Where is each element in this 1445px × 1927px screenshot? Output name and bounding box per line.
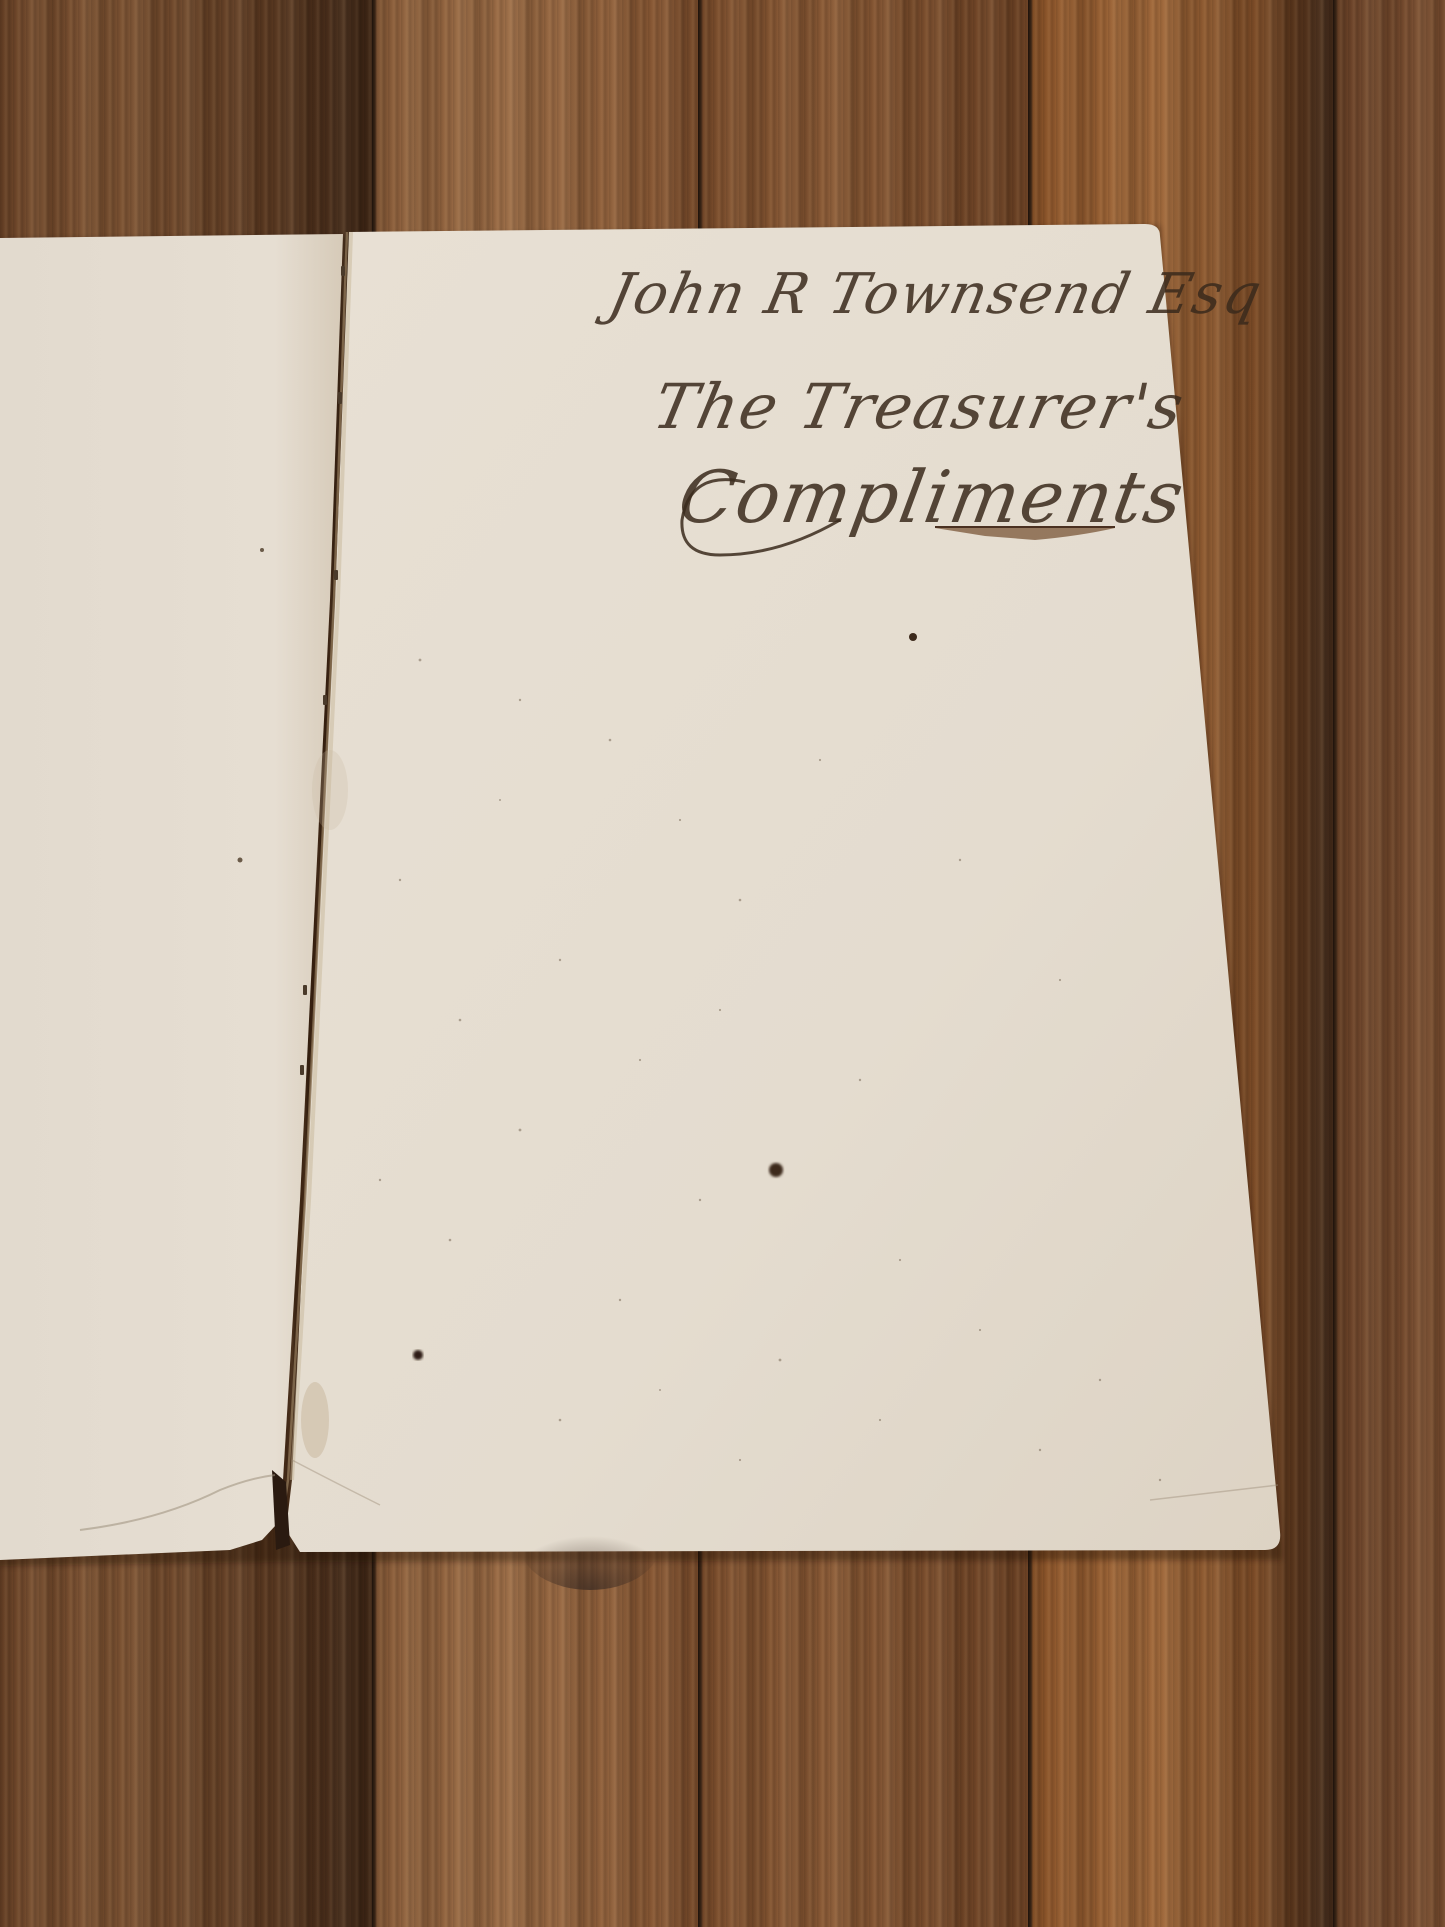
inscription-line-1: John R Townsend Esq bbox=[603, 262, 1269, 327]
photo-scene: John R Townsend Esq The Treasurer's Comp… bbox=[0, 0, 1445, 1927]
inscription-line-2: The Treasurer's bbox=[647, 370, 1191, 443]
inscription-line-3: Compliments bbox=[673, 455, 1192, 539]
